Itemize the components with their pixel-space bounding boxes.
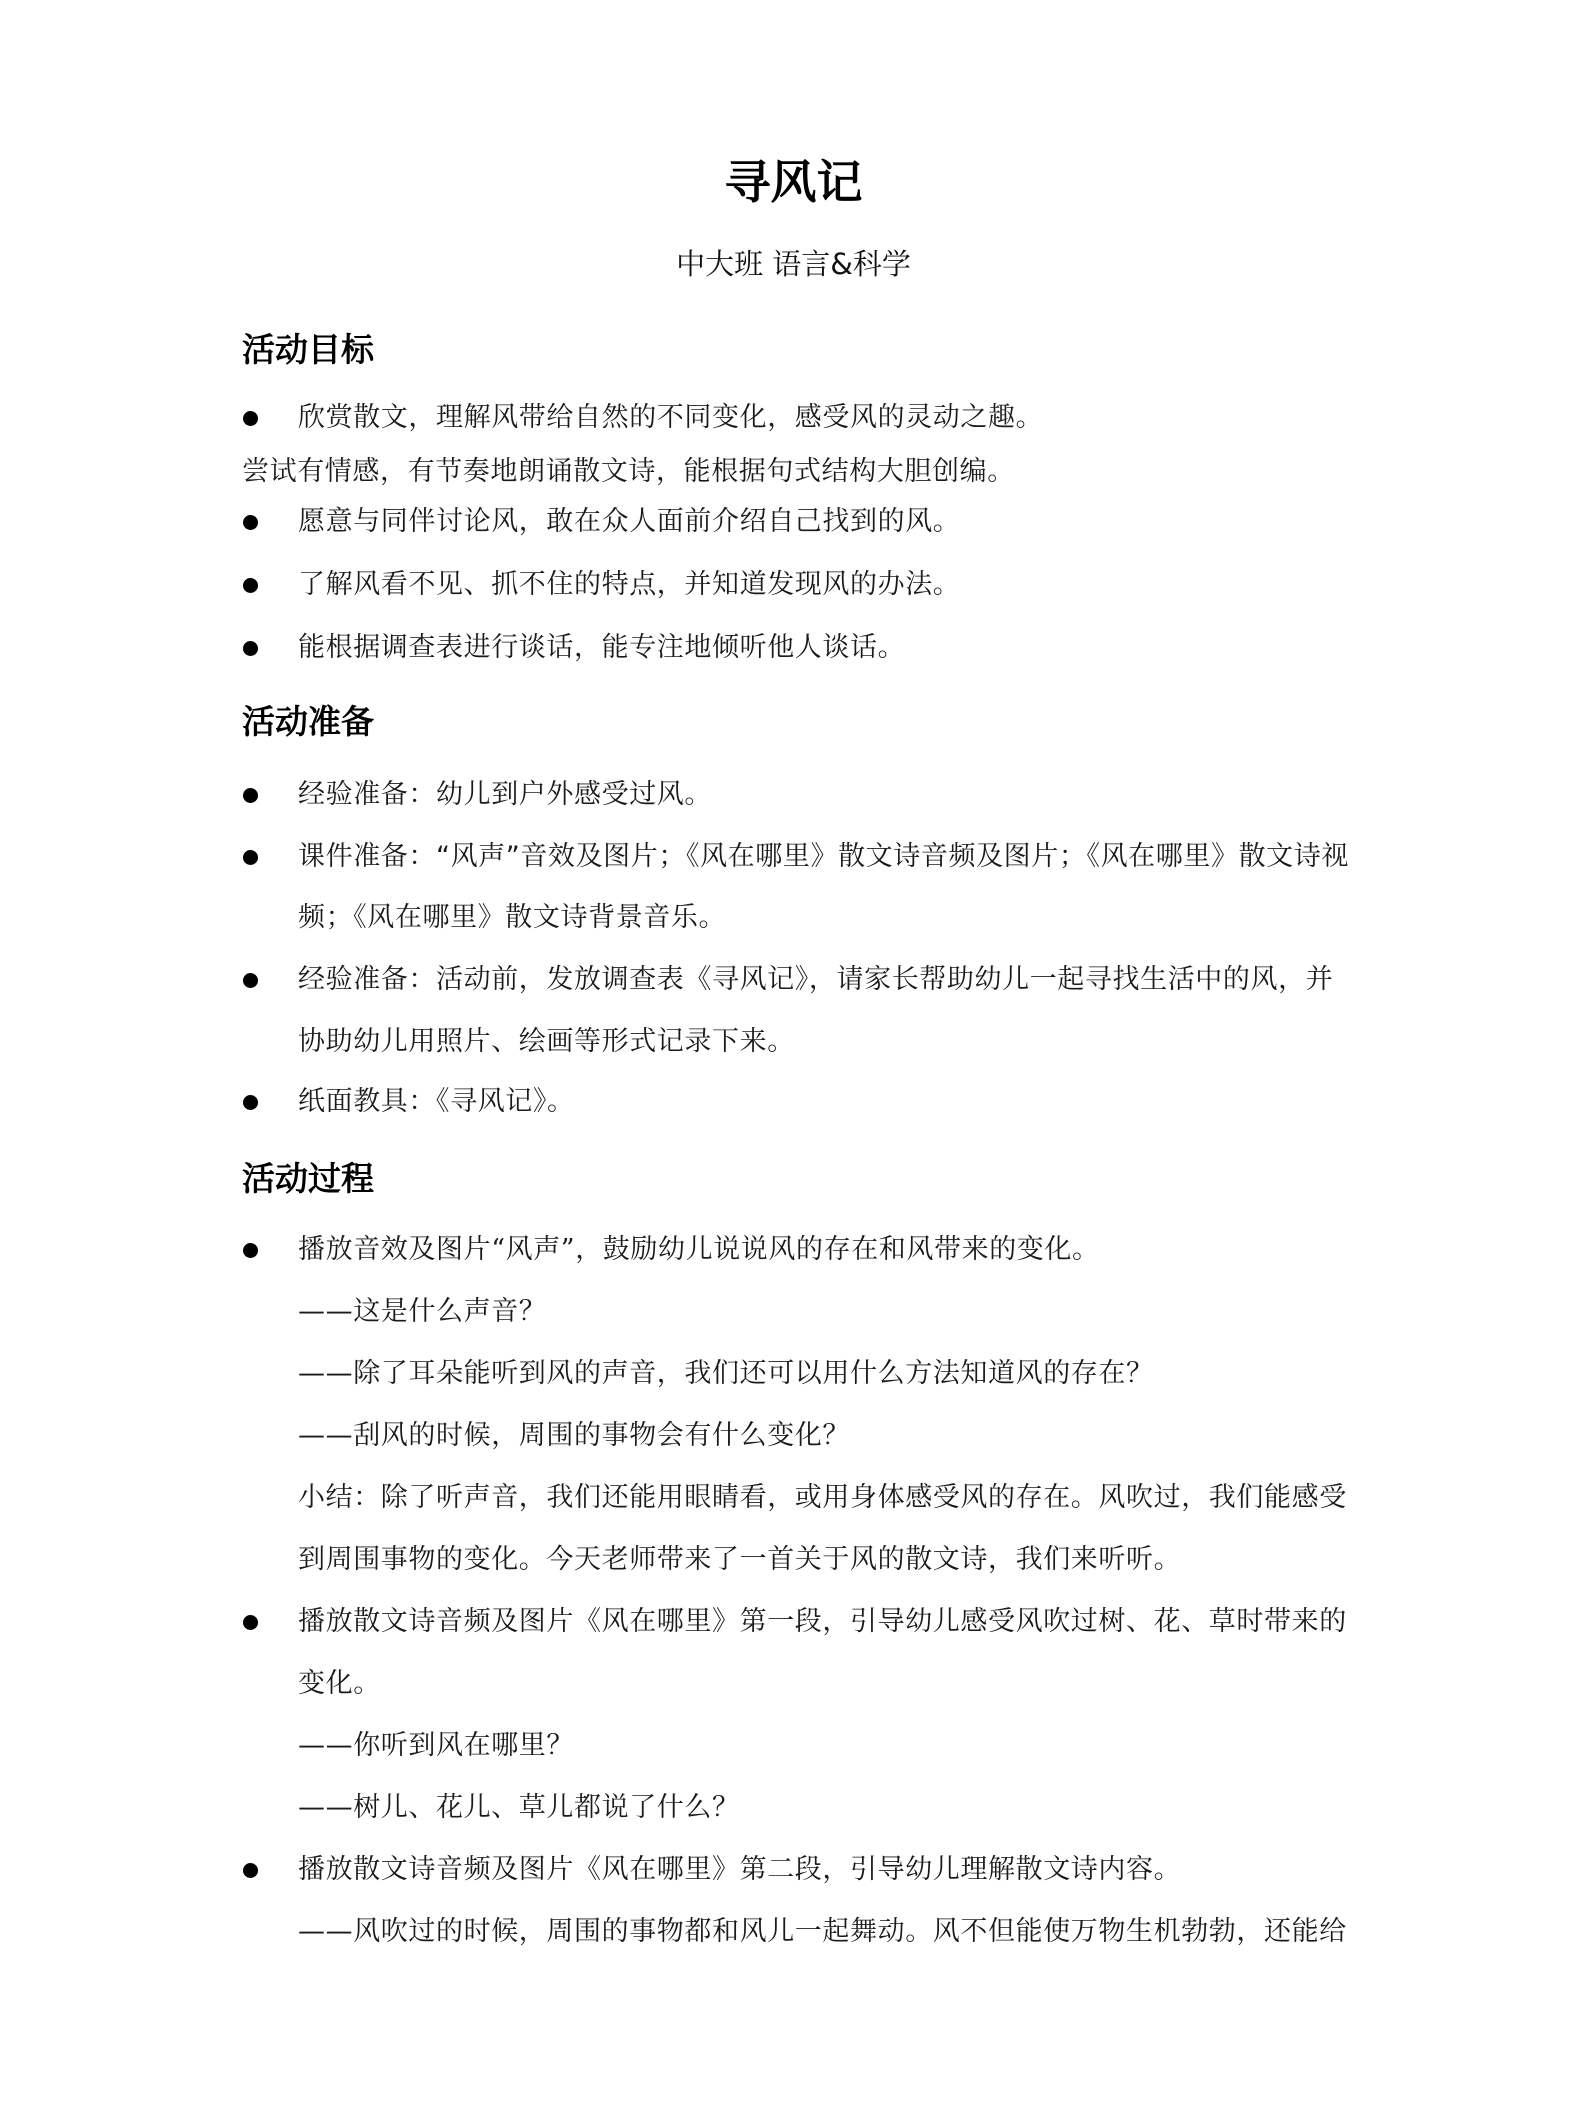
bullet-icon (243, 850, 258, 865)
bullet-icon (243, 1095, 258, 1110)
question-line: ——除了耳朵能听到风的声音，我们还可以用什么方法知道风的存在？ (298, 1360, 1154, 1387)
list-item: 课件准备：“风声”音效及图片；《风在哪里》散文诗音频及图片；《风在哪里》散文诗视 (298, 843, 1349, 870)
list-item: 播放散文诗音频及图片《风在哪里》第一段，引导幼儿感受风吹过树、花、草时带来的 (298, 1608, 1347, 1635)
list-item: 了解风看不见、抓不住的特点，并知道发现风的办法。 (298, 571, 960, 598)
bullet-icon (243, 578, 258, 593)
list-item: 经验准备：幼儿到户外感受过风。 (298, 781, 712, 808)
bullet-icon (243, 1243, 258, 1258)
section-heading: 活动目标 (242, 333, 374, 366)
list-item: 播放散文诗音频及图片《风在哪里》第二段，引导幼儿理解散文诗内容。 (298, 1856, 1181, 1883)
question-line: ——你听到风在哪里？ (298, 1732, 574, 1759)
question-line: ——刮风的时候，周围的事物会有什么变化？ (298, 1422, 850, 1449)
list-item: 播放音效及图片“风声”，鼓励幼儿说说风的存在和风带来的变化。 (298, 1236, 1100, 1263)
list-item-continuation: 变化。 (298, 1670, 381, 1697)
list-item: 纸面教具：《寻风记》。 (298, 1088, 575, 1115)
bullet-icon (243, 788, 258, 803)
question-line: ——树儿、花儿、草儿都说了什么？ (298, 1794, 740, 1821)
bullet-icon (243, 973, 258, 988)
summary-line: 到周围事物的变化。今天老师带来了一首关于风的散文诗，我们来听听。 (298, 1546, 1181, 1573)
section-heading: 活动准备 (242, 705, 374, 738)
document-subtitle: 中大班 语言&科学 (0, 250, 1587, 279)
list-item-continuation: 尝试有情感，有节奏地朗诵散文诗，能根据句式结构大胆创编。 (242, 458, 1015, 485)
bullet-icon (243, 515, 258, 530)
list-item-continuation: 协助幼儿用照片、绘画等形式记录下来。 (298, 1028, 795, 1055)
bullet-icon (243, 1863, 258, 1878)
list-item: 欣赏散文，理解风带给自然的不同变化，感受风的灵动之趣。 (298, 404, 1043, 431)
question-line: ——这是什么声音？ (298, 1298, 546, 1325)
summary-line: 小结：除了听声音，我们还能用眼睛看，或用身体感受风的存在。风吹过，我们能感受 (298, 1484, 1347, 1511)
bullet-icon (243, 641, 258, 656)
list-item: 经验准备：活动前，发放调查表《寻风记》，请家长帮助幼儿一起寻找生活中的风，并 (298, 966, 1333, 993)
bullet-icon (243, 411, 258, 426)
list-item: 愿意与同伴讨论风，敢在众人面前介绍自己找到的风。 (298, 508, 960, 535)
question-line: ——风吹过的时候，周围的事物都和风儿一起舞动。风不但能使万物生机勃勃，还能给 (298, 1918, 1347, 1945)
section-heading: 活动过程 (242, 1162, 374, 1195)
list-item-continuation: 频；《风在哪里》散文诗背景音乐。 (298, 904, 726, 931)
bullet-icon (243, 1615, 258, 1630)
list-item: 能根据调查表进行谈话，能专注地倾听他人谈话。 (298, 634, 905, 661)
document-title: 寻风记 (0, 159, 1587, 205)
